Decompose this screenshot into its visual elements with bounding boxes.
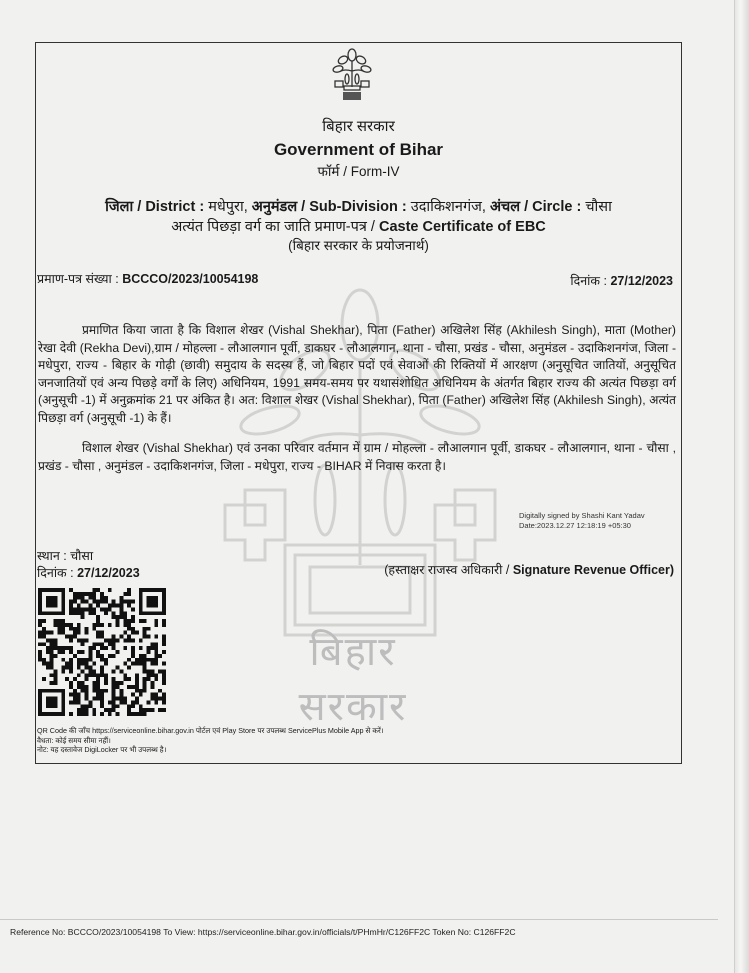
certificate-date: 27/12/2023 xyxy=(610,274,673,288)
qr-note-line-3: नोट: यह दस्तावेज DigiLocker पर भी उपलब्ध… xyxy=(37,745,384,755)
issue-date-value: 27/12/2023 xyxy=(77,566,140,580)
place-label: स्थान : xyxy=(37,549,67,563)
signature-label: (हस्ताक्षर राजस्व अधिकारी / Signature Re… xyxy=(384,561,674,578)
government-title-english: Government of Bihar xyxy=(35,140,682,160)
qr-note-line-2: वैधता: कोई समय सीमा नहीं। xyxy=(37,736,384,746)
signature-label-english: Signature Revenue Officer) xyxy=(513,563,674,577)
certificate-date-row: दिनांक : 27/12/2023 xyxy=(570,272,673,289)
qr-note-line-1: QR Code की जाँच https://serviceonline.bi… xyxy=(37,726,384,736)
issue-date-row: दिनांक : 27/12/2023 xyxy=(37,565,140,582)
circle-label: अंचल / Circle : xyxy=(490,199,581,215)
footer-reference: Reference No: BCCCO/2023/10054198 To Vie… xyxy=(10,927,516,937)
district-value: मधेपुरा xyxy=(208,199,244,215)
circle-value: चौसा xyxy=(585,199,612,215)
certificate-title-english: Caste Certificate of EBC xyxy=(379,219,546,235)
place-value: चौसा xyxy=(70,549,93,563)
form-number: फॉर्म / Form-IV xyxy=(35,162,682,180)
digital-signature: Digitally signed by Shashi Kant Yadav Da… xyxy=(519,511,645,530)
footer-divider xyxy=(0,919,718,920)
certificate-number-row: प्रमाण-पत्र संख्या : BCCCO/2023/10054198 xyxy=(37,270,258,287)
place-date-block: स्थान : चौसा दिनांक : 27/12/2023 xyxy=(37,548,140,582)
district-label: जिला / District : xyxy=(105,199,204,215)
government-title-hindi: बिहार सरकार xyxy=(35,116,682,136)
jurisdiction-line: जिला / District : मधेपुरा, अनुमंडल / Sub… xyxy=(35,196,682,216)
signature-label-hindi: (हस्ताक्षर राजस्व अधिकारी / xyxy=(384,563,509,577)
certification-paragraph: प्रमाणित किया जाता है कि विशाल शेखर (Vis… xyxy=(38,322,676,427)
residence-paragraph: विशाल शेखर (Vishal Shekhar) एवं उनका परि… xyxy=(38,440,676,475)
certificate-date-label: दिनांक : xyxy=(570,274,607,288)
paper-edge xyxy=(734,0,749,973)
digital-signature-signer: Digitally signed by Shashi Kant Yadav xyxy=(519,511,645,521)
digital-signature-date: Date:2023.12.27 12:18:19 +05:30 xyxy=(519,521,645,531)
certificate-purpose: (बिहार सरकार के प्रयोजनार्थ) xyxy=(35,236,682,254)
subdivision-value: उदाकिशनगंज xyxy=(411,199,482,215)
issue-date-label: दिनांक : xyxy=(37,566,74,580)
subdivision-label: अनुमंडल / Sub-Division : xyxy=(252,199,407,215)
qr-verification-note: QR Code की जाँच https://serviceonline.bi… xyxy=(37,726,384,755)
certificate-number-label: प्रमाण-पत्र संख्या : xyxy=(37,272,119,286)
certificate-title-hindi: अत्यंत पिछड़ा वर्ग का जाति प्रमाण-पत्र / xyxy=(171,219,375,235)
certificate-title: अत्यंत पिछड़ा वर्ग का जाति प्रमाण-पत्र /… xyxy=(35,216,682,236)
bihar-emblem-icon xyxy=(331,47,373,103)
watermark-text: बिहार सरकार xyxy=(248,622,458,732)
place-row: स्थान : चौसा xyxy=(37,548,140,565)
qr-code-icon[interactable] xyxy=(38,588,166,716)
certificate-number: BCCCO/2023/10054198 xyxy=(122,272,258,286)
